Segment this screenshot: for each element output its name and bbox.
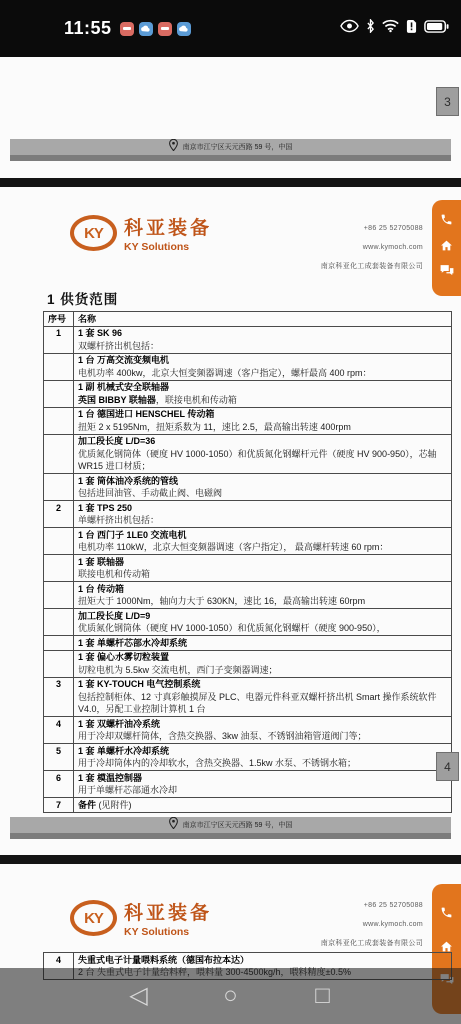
ky-logo-icon: KY (70, 900, 117, 936)
table-row: 51 套 单螺杆水冷却系统用于冷却筒体内的冷却软水，含热交换器、1.5kw 水泵… (44, 744, 452, 771)
cloud-app-notification-icon (139, 22, 153, 36)
red-app-notification-icon (120, 22, 134, 36)
table-row: 1 台 德国进口 HENSCHEL 传动箱扭矩 2 x 5195Nm，扭矩系数为… (44, 407, 452, 434)
company-name: 南京科亚化工成套装备有限公司 (321, 257, 423, 276)
letterhead-contact: +86 25 52705088 www.kymoch.com 南京科亚化工成套装… (321, 219, 423, 276)
row-seq (44, 353, 74, 380)
row-name: 1 台 德国进口 HENSCHEL 传动箱扭矩 2 x 5195Nm，扭矩系数为… (74, 407, 452, 434)
company-logo: KY 科亚装备 KY Solutions (70, 213, 212, 253)
row-seq (44, 636, 74, 651)
row-name: 1 套 单螺杆水冷却系统用于冷却筒体内的冷却软水，含热交换器、1.5kw 水泵、… (74, 744, 452, 771)
table-row: 1 套 偏心水雾切粒装置切粒电机为 5.5kw 交流电机，西门子变频器调速； (44, 650, 452, 677)
table-header-row: 序号 名称 (44, 312, 452, 327)
status-time: 11:55 (64, 18, 112, 39)
logo-company-cn: 科亚装备 (124, 213, 212, 240)
table-row: 1 套 筒体油冷系统的管线包括进回油管、手动截止阀、电磁阀 (44, 474, 452, 501)
row-name: 1 副 机械式安全联轴器英国 BIBBY 联轴器，联接电机和传动箱 (74, 380, 452, 407)
section-title: 1 供货范围 (47, 288, 118, 308)
sim-alert-icon (406, 19, 417, 38)
row-name: 1 套 TPS 250单螺杆挤出机包括： (74, 501, 452, 528)
location-pin-icon (169, 816, 178, 834)
table-row: 1 副 机械式安全联轴器英国 BIBBY 联轴器，联接电机和传动箱 (44, 380, 452, 407)
row-seq (44, 582, 74, 609)
row-seq (44, 434, 74, 474)
row-seq: 2 (44, 501, 74, 528)
page-divider (0, 855, 461, 864)
phone-number: +86 25 52705088 (321, 219, 423, 238)
eye-protection-icon (340, 19, 359, 38)
company-name: 南京科亚化工成套装备有限公司 (321, 934, 423, 953)
row-name: 1 台 西门子 1LE0 交流电机电机功率 110kW，北京大恒变频器调速（客户… (74, 528, 452, 555)
table-row: 1 台 西门子 1LE0 交流电机电机功率 110kW，北京大恒变频器调速（客户… (44, 528, 452, 555)
document-page-3: 3 南京市江宁区天元西路 59 号，中国 (0, 57, 461, 178)
logo-company-en: KY Solutions (124, 926, 212, 938)
row-seq: 6 (44, 771, 74, 798)
phone-icon (440, 213, 453, 231)
section-label: 造粒辅机 (44, 812, 452, 813)
system-status-icons (340, 19, 449, 38)
table-row: 加工段长度 L/D=36优质氮化钢筒体（硬度 HV 1000-1050）和优质氮… (44, 434, 452, 474)
table-row: 21 套 TPS 250单螺杆挤出机包括： (44, 501, 452, 528)
status-bar: 11:55 (0, 0, 461, 57)
page-number-badge: 4 (436, 752, 459, 781)
ky-logo-icon: KY (70, 215, 117, 251)
address-footer: 南京市江宁区天元西路 59 号，中国 (10, 817, 451, 839)
row-name: 1 套 模温控制器用于单螺杆芯部通水冷却 (74, 771, 452, 798)
row-seq (44, 650, 74, 677)
row-seq: 7 (44, 798, 74, 813)
table-row: 7备件 (见附件) (44, 798, 452, 813)
document-page-4: KY 科亚装备 KY Solutions +86 25 52705088 www… (0, 187, 461, 855)
website: www.kymoch.com (321, 238, 423, 257)
row-seq: 3 (44, 677, 74, 717)
table-row: 1 台 万高交流变频电机电机功率 400kw，北京大恒变频器调速（客户指定），螺… (44, 353, 452, 380)
home-button[interactable]: ○ (214, 984, 248, 1008)
notification-icons (120, 22, 191, 36)
row-name: 1 套 偏心水雾切粒装置切粒电机为 5.5kw 交流电机，西门子变频器调速； (74, 650, 452, 677)
wifi-icon (382, 19, 399, 38)
phone-number: +86 25 52705088 (321, 896, 423, 915)
battery-icon (424, 20, 449, 38)
row-seq (44, 380, 74, 407)
row-name: 1 套 筒体油冷系统的管线包括进回油管、手动截止阀、电磁阀 (74, 474, 452, 501)
table-row: 41 套 双螺杆油冷系统用于冷却双螺杆筒体，含热交换器、3kw 油泵、不锈钢油箱… (44, 717, 452, 744)
website: www.kymoch.com (321, 915, 423, 934)
bluetooth-icon (366, 19, 375, 38)
row-name: 备件 (见附件) (74, 798, 452, 813)
company-logo: KY 科亚装备 KY Solutions (70, 898, 212, 938)
logo-company-cn: 科亚装备 (124, 898, 212, 925)
table-row: 1 台 传动箱扭矩大于 1000Nm，轴向力大于 630KN，速比 16，最高输… (44, 582, 452, 609)
supply-scope-table: 序号 名称 11 套 SK 96双螺杆挤出机包括：1 台 万高交流变频电机电机功… (43, 311, 452, 813)
table-row: 1 套 单螺杆芯部水冷却系统 (44, 636, 452, 651)
row-name: 1 套 SK 96双螺杆挤出机包括： (74, 326, 452, 353)
home-icon (440, 239, 453, 257)
row-seq (44, 474, 74, 501)
footer-address: 南京市江宁区天元西路 59 号，中国 (183, 142, 293, 152)
row-name: 1 台 传动箱扭矩大于 1000Nm，轴向力大于 630KN，速比 16，最高输… (74, 582, 452, 609)
table-row: 61 套 模温控制器用于单螺杆芯部通水冷却 (44, 771, 452, 798)
row-name: 加工段长度 L/D=36优质氮化钢筒体（硬度 HV 1000-1050）和优质氮… (74, 434, 452, 474)
row-seq (44, 407, 74, 434)
row-seq: 5 (44, 744, 74, 771)
row-name: 1 套 KY-TOUCH 电气控制系统包括控制柜体、12 寸真彩触摸屏及 PLC… (74, 677, 452, 717)
page-divider (0, 178, 461, 187)
row-seq: 1 (44, 326, 74, 353)
row-seq (44, 609, 74, 636)
android-nav-bar: ◁ ○ □ (0, 968, 461, 1024)
phone-icon (440, 906, 453, 924)
supply-scope-table-wrap: 序号 名称 11 套 SK 96双螺杆挤出机包括：1 台 万高交流变频电机电机功… (43, 311, 452, 813)
row-name: 1 台 万高交流变频电机电机功率 400kw，北京大恒变频器调速（客户指定），螺… (74, 353, 452, 380)
screen: 11:55 (0, 0, 461, 1024)
row-seq (44, 528, 74, 555)
row-seq (44, 555, 74, 582)
contact-side-tab (432, 200, 461, 296)
row-name: 1 套 双螺杆油冷系统用于冷却双螺杆筒体，含热交换器、3kw 油泵、不锈钢油箱管… (74, 717, 452, 744)
location-pin-icon (169, 138, 178, 156)
row-name: 加工段长度 L/D=9优质氮化钢筒体（硬度 HV 1000-1050）和优质氮化… (74, 609, 452, 636)
letterhead-contact: +86 25 52705088 www.kymoch.com 南京科亚化工成套装… (321, 896, 423, 953)
table-section-row: 造粒辅机 (44, 812, 452, 813)
logo-company-en: KY Solutions (124, 241, 212, 253)
address-footer: 南京市江宁区天元西路 59 号，中国 (10, 139, 451, 161)
col-header-seq: 序号 (44, 312, 74, 327)
cloud-app-notification-icon (177, 22, 191, 36)
table-row: 加工段长度 L/D=9优质氮化钢筒体（硬度 HV 1000-1050）和优质氮化… (44, 609, 452, 636)
table-row: 1 套 联轴器联接电机和传动箱 (44, 555, 452, 582)
back-button[interactable]: ◁ (122, 984, 156, 1008)
row-name: 1 套 单螺杆芯部水冷却系统 (74, 636, 452, 651)
recents-button[interactable]: □ (306, 984, 340, 1008)
red-app-notification-icon (158, 22, 172, 36)
table-row: 31 套 KY-TOUCH 电气控制系统包括控制柜体、12 寸真彩触摸屏及 PL… (44, 677, 452, 717)
col-header-name: 名称 (74, 312, 452, 327)
row-seq: 4 (44, 717, 74, 744)
row-name: 1 套 联轴器联接电机和传动箱 (74, 555, 452, 582)
footer-address: 南京市江宁区天元西路 59 号，中国 (183, 820, 293, 830)
chat-icon (440, 264, 454, 283)
page-number-badge: 3 (436, 87, 459, 116)
table-row: 11 套 SK 96双螺杆挤出机包括： (44, 326, 452, 353)
